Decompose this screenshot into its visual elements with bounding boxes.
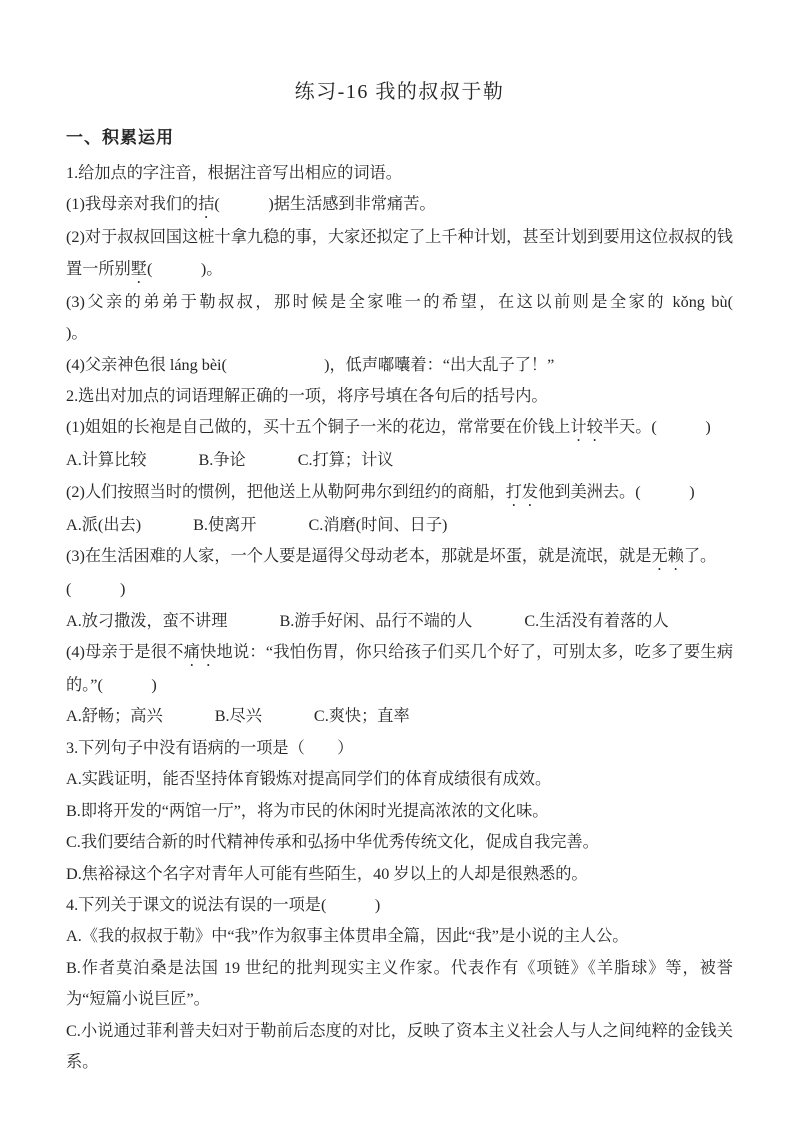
text-run: 了。	[684, 547, 716, 565]
option-item: C.消磨(时间、日子)	[309, 510, 448, 541]
emphasized-text: 墅	[131, 260, 147, 278]
emphasized-text: 打发	[506, 483, 538, 501]
text-run: ( )。	[147, 260, 223, 278]
q2-item-3: (3)在生活困难的人家，一个人要是逼得父母动老本，那就是坏蛋，就是流氓，就是无赖…	[66, 541, 733, 574]
worksheet-lines: 1.给加点的字注音，根据注音写出相应的词语。(1)我母亲对我们的拮( )据生活感…	[66, 158, 733, 1078]
option-item: A.放刁撒泼，蛮不讲理	[66, 606, 227, 637]
q4-option-b: B.作者莫泊桑是法国 19 世纪的批判现实主义作家。代表作有《项链》《羊脂球》等…	[66, 953, 733, 1016]
q1-item-2: (2)对于叔叔回国这桩十拿九稳的事，大家还拟定了上千种计划，甚至计划到要用这位叔…	[66, 222, 733, 286]
option-item: B.使离开	[193, 510, 256, 541]
text-run: 3.下列句子中没有语病的一项是（ ）	[66, 739, 353, 757]
text-run: B.作者莫泊桑是法国 19 世纪的批判现实主义作家。代表作有《项链》《羊脂球》等…	[66, 959, 733, 1008]
q2-item-3-bracket: ( )	[66, 574, 733, 605]
option-item: C.爽快；直率	[314, 701, 410, 732]
text-run: 他到美洲去。( )	[538, 483, 694, 501]
q3-option-d: D.焦裕禄这个名字对青年人可能有些陌生，40 岁以上的人却是很熟悉的。	[66, 859, 733, 890]
q4-option-c: C.小说通过菲利普夫妇对于勒前后态度的对比，反映了资本主义社会人与人之间纯粹的金…	[66, 1016, 733, 1079]
text-run: (2)人们按照当时的惯例，把他送上从勒阿弗尔到纽约的商船，	[66, 483, 506, 501]
text-run: 2.选出对加点的词语理解正确的一项，将序号填在各句后的括号内。	[66, 387, 548, 405]
text-run: (4)父亲神色很 láng bèi( )，低声嘟囔着：“出大乱子了！”	[66, 356, 554, 374]
text-run: A.《我的叔叔于勒》中“我”作为叙事主体贯串全篇，因此“我”是小说的主人公。	[66, 927, 628, 945]
worksheet-page: 练习-16 我的叔叔于勒 一、积累运用 1.给加点的字注音，根据注音写出相应的词…	[0, 0, 793, 1122]
text-run: A.实践证明，能否坚持体育锻炼对提高同学们的体育成绩很有成效。	[66, 770, 551, 788]
text-run: ( )	[66, 580, 125, 598]
text-run: 1.给加点的字注音，根据注音写出相应的词语。	[66, 164, 402, 182]
page-title: 练习-16 我的叔叔于勒	[66, 80, 733, 104]
text-run: (1)我母亲对我们的	[66, 195, 198, 213]
q2-item-3-options: A.放刁撒泼，蛮不讲理B.游手好闲、品行不端的人C.生活没有着落的人	[66, 606, 733, 637]
q3-option-a: A.实践证明，能否坚持体育锻炼对提高同学们的体育成绩很有成效。	[66, 764, 733, 795]
text-run: 半天。( )	[603, 418, 711, 436]
q2-item-4: (4)母亲于是很不痛快地说：“我怕伤胃，你只给孩子们买几个好了，可别太多，吃多了…	[66, 637, 733, 701]
option-item: B.争论	[199, 445, 246, 476]
q2-item-1-options: A.计算比较B.争论C.打算；计议	[66, 445, 733, 476]
q2-item-2: (2)人们按照当时的惯例，把他送上从勒阿弗尔到纽约的商船，打发他到美洲去。( )	[66, 477, 733, 510]
q1-item-4: (4)父亲神色很 láng bèi( )，低声嘟囔着：“出大乱子了！”	[66, 350, 733, 381]
option-item: A.舒畅；高兴	[66, 701, 163, 732]
option-item: C.生活没有着落的人	[524, 606, 668, 637]
q3-stem: 3.下列句子中没有语病的一项是（ ）	[66, 733, 733, 764]
section-heading: 一、积累运用	[66, 128, 733, 148]
text-run: B.即将开发的“两馆一厅”，将为市民的休闲时光提高浓浓的文化味。	[66, 802, 548, 820]
emphasized-text: 计较	[571, 418, 603, 436]
text-run: C.小说通过菲利普夫妇对于勒前后态度的对比，反映了资本主义社会人与人之间纯粹的金…	[66, 1022, 733, 1071]
q3-option-c: C.我们要结合新的时代精神传承和弘扬中华优秀传统文化，促成自我完善。	[66, 827, 733, 858]
text-run: (3)在生活困难的人家，一个人要是逼得父母动老本，那就是坏蛋，就是流氓，就是	[66, 547, 651, 565]
q2-item-4-options: A.舒畅；高兴B.尽兴C.爽快；直率	[66, 701, 733, 732]
option-item: B.游手好闲、品行不端的人	[279, 606, 472, 637]
q1-item-3: (3)父亲的弟弟于勒叔叔，那时候是全家唯一的希望，在这以前则是全家的 kǒng …	[66, 287, 733, 350]
q4-stem: 4.下列关于课文的说法有误的一项是( )	[66, 890, 733, 921]
q3-option-b: B.即将开发的“两馆一厅”，将为市民的休闲时光提高浓浓的文化味。	[66, 796, 733, 827]
text-run: (3)父亲的弟弟于勒叔叔，那时候是全家唯一的希望，在这以前则是全家的 kǒng …	[66, 293, 793, 342]
text-run: D.焦裕禄这个名字对青年人可能有些陌生，40 岁以上的人却是很熟悉的。	[66, 865, 588, 883]
q2-item-2-options: A.派(出去)B.使离开C.消磨(时间、日子)	[66, 510, 733, 541]
q2-stem: 2.选出对加点的词语理解正确的一项，将序号填在各句后的括号内。	[66, 381, 733, 412]
option-item: A.计算比较	[66, 445, 147, 476]
option-item: B.尽兴	[215, 701, 262, 732]
text-run: (1)姐姐的长袍是自己做的，买十五个铜子一米的花边，常常要在价钱上	[66, 418, 571, 436]
text-run: ( )据生活感到非常痛苦。	[214, 195, 435, 213]
q1-stem: 1.给加点的字注音，根据注音写出相应的词语。	[66, 158, 733, 189]
q4-option-a: A.《我的叔叔于勒》中“我”作为叙事主体贯串全篇，因此“我”是小说的主人公。	[66, 921, 733, 952]
q2-item-1: (1)姐姐的长袍是自己做的，买十五个铜子一米的花边，常常要在价钱上计较半天。( …	[66, 412, 733, 445]
text-run: 4.下列关于课文的说法有误的一项是( )	[66, 896, 380, 914]
text-run: (4)母亲于是很不	[66, 643, 184, 661]
option-item: C.打算；计议	[298, 445, 394, 476]
emphasized-text: 无赖	[651, 547, 683, 565]
emphasized-text: 痛快	[184, 643, 217, 661]
emphasized-text: 拮	[198, 195, 214, 213]
q1-item-1: (1)我母亲对我们的拮( )据生活感到非常痛苦。	[66, 189, 733, 222]
option-item: A.派(出去)	[66, 510, 141, 541]
text-run: C.我们要结合新的时代精神传承和弘扬中华优秀传统文化，促成自我完善。	[66, 833, 599, 851]
